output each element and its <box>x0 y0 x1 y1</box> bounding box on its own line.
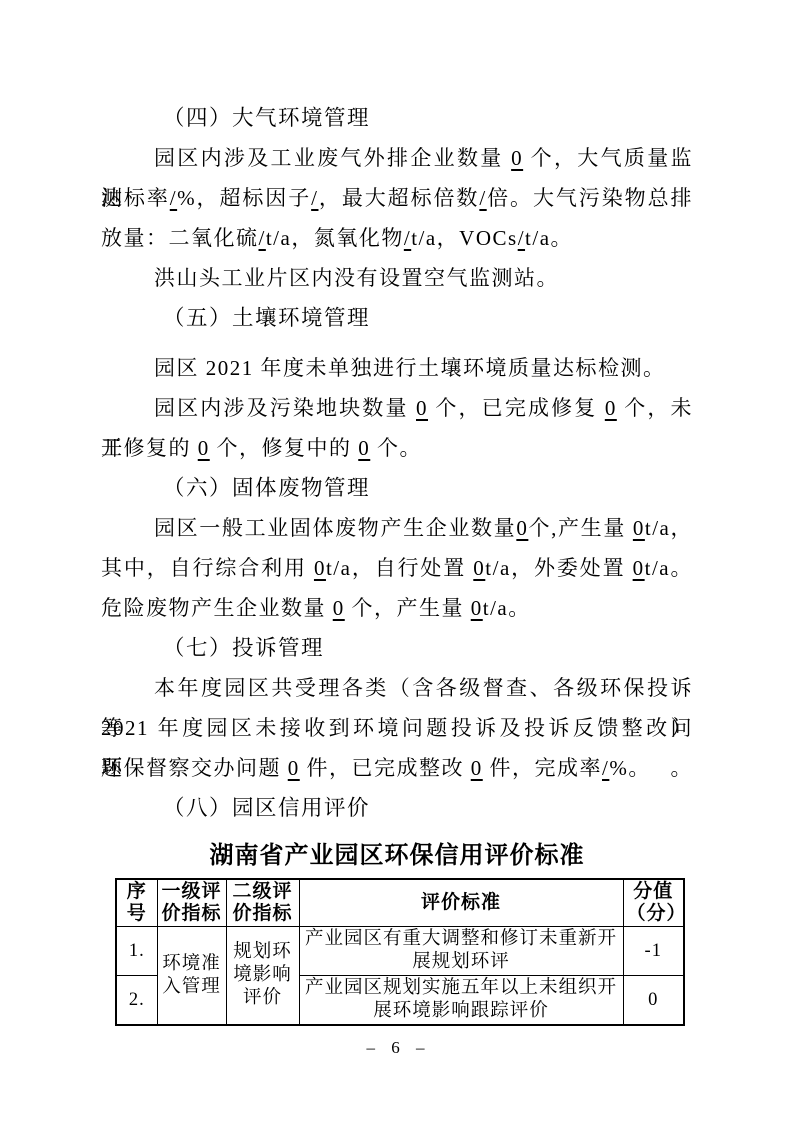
text-segment: t/a，VOCs <box>411 226 518 250</box>
text-segment: （八）园区信用评价 <box>163 796 370 820</box>
text-segment: 个。 <box>370 436 422 460</box>
text-segment: （七）投诉管理 <box>163 636 324 660</box>
text-segment: 件，已完成整改 <box>300 756 471 780</box>
body-line: 园区 2021 年度未单独进行土壤环境质量达标检测。 <box>101 348 693 388</box>
blank-value: 0 <box>288 756 300 780</box>
text-segment: 园区一般工业固体废物产生企业数量 <box>154 516 516 540</box>
table-row: 1. 环境准入管理 规划环境影响评价 产业园区有重大调整和修订未重新开展规划环评… <box>116 927 684 976</box>
text-segment: 工修复的 <box>101 436 198 460</box>
table-cell-level2: 规划环境影响评价 <box>226 927 299 1026</box>
body-line: 2021 年度园区未接收到环境问题投诉及投诉反馈整改问题。 <box>101 708 693 748</box>
blank-value: 0 <box>633 516 645 540</box>
blank-value: 0 <box>516 516 528 540</box>
table-header-row: 序号 一级评价指标 二级评价指标 评价标准 分值（分） <box>116 879 684 927</box>
text-segment: （四）大气环境管理 <box>163 106 370 130</box>
table-cell-no: 1. <box>116 927 157 976</box>
table-header-cell-score: 分值（分） <box>623 879 684 927</box>
blank-value: 0 <box>198 436 210 460</box>
text-segment: （六）固体废物管理 <box>163 476 370 500</box>
document-body: （四）大气环境管理 园区内涉及工业废气外排企业数量 0 个，大气质量监测 达标率… <box>101 98 693 878</box>
text-segment: 件，完成率 <box>483 756 602 780</box>
text-segment: 达标率 <box>101 186 170 210</box>
text-segment: 个，修复中的 <box>210 436 359 460</box>
credit-evaluation-table: 序号 一级评价指标 二级评价指标 评价标准 分值（分） 1. 环境准入管理 规划… <box>115 878 685 1026</box>
blank-value: / <box>479 186 486 210</box>
table-header-cell-level2: 二级评价指标 <box>226 879 299 927</box>
blank-value: 0 <box>605 396 617 420</box>
text-segment: t/a，外委处置 <box>485 556 632 580</box>
blank-value: 0 <box>416 396 428 420</box>
table-cell-no: 2. <box>116 976 157 1026</box>
page-number: – 6 – <box>0 1038 793 1058</box>
document-page: （四）大气环境管理 园区内涉及工业废气外排企业数量 0 个，大气质量监测 达标率… <box>0 0 793 1122</box>
blank-value: / <box>170 186 177 210</box>
section-heading-8: （八）园区信用评价 <box>101 788 693 828</box>
text-segment: 危险废物产生企业数量 <box>101 596 333 620</box>
body-line: 园区内涉及污染地块数量 0 个，已完成修复 0 个，未开 <box>101 388 693 428</box>
section-heading-4: （四）大气环境管理 <box>101 98 693 138</box>
text-segment: t/a。 <box>525 226 573 250</box>
text-segment: t/a。 <box>645 556 693 580</box>
text-segment: %，超标因子 <box>177 186 311 210</box>
text-segment: t/a， <box>645 516 693 540</box>
text-segment: 个,产生量 <box>528 516 633 540</box>
body-line: 园区内涉及工业废气外排企业数量 0 个，大气质量监测 <box>101 138 693 178</box>
body-line: 园区一般工业固体废物产生企业数量0个,产生量 0t/a， <box>101 508 693 548</box>
table-cell-criteria: 产业园区规划实施五年以上未组织开展环境影响跟踪评价 <box>299 976 623 1026</box>
blank-value: 0 <box>473 556 485 580</box>
body-line: 环保督察交办问题 0 件，已完成整改 0 件，完成率/%。 <box>101 748 693 788</box>
body-line: 达标率/%，超标因子/，最大超标倍数/倍。大气污染物总排 <box>101 178 693 218</box>
body-line: 其中，自行综合利用 0t/a，自行处置 0t/a，外委处置 0t/a。 <box>101 548 693 588</box>
text-segment: （五）土壤环境管理 <box>163 306 370 330</box>
text-segment: 放量：二氧化硫 <box>101 226 259 250</box>
body-line: 洪山头工业片区内没有设置空气监测站。 <box>101 258 693 298</box>
text-segment: 其中，自行综合利用 <box>101 556 314 580</box>
text-segment: t/a。 <box>483 596 531 620</box>
text-segment: 环保督察交办问题 <box>101 756 288 780</box>
blank-value: 0 <box>633 556 645 580</box>
blank-value: 0 <box>471 596 483 620</box>
body-line: 危险废物产生企业数量 0 个，产生量 0t/a。 <box>101 588 693 628</box>
text-segment: t/a，自行处置 <box>326 556 473 580</box>
text-segment: %。 <box>609 756 651 780</box>
body-line: 工修复的 0 个，修复中的 0 个。 <box>101 428 693 468</box>
table-header-cell-no: 序号 <box>116 879 157 927</box>
text-segment: t/a，氮氧化物 <box>266 226 404 250</box>
blank-value: 0 <box>471 756 483 780</box>
text-segment: ，最大超标倍数 <box>318 186 479 210</box>
body-line: 放量：二氧化硫/t/a，氮氧化物/t/a，VOCs/t/a。 <box>101 218 693 258</box>
table-cell-level1: 环境准入管理 <box>157 927 226 1026</box>
section-heading-7: （七）投诉管理 <box>101 628 693 668</box>
table-header-cell-level1: 一级评价指标 <box>157 879 226 927</box>
table-title: 湖南省产业园区环保信用评价标准 <box>101 834 693 878</box>
section-heading-6: （六）固体废物管理 <box>101 468 693 508</box>
text-segment: 倍。大气污染物总排 <box>487 186 693 210</box>
blank-value: / <box>518 226 525 250</box>
text-segment: 园区内涉及工业废气外排企业数量 <box>154 146 511 170</box>
blank-value: 0 <box>333 596 345 620</box>
text-segment: 园区内涉及污染地块数量 <box>154 396 416 420</box>
table-cell-score: -1 <box>623 927 684 976</box>
text-segment: 园区 2021 年度未单独进行土壤环境质量达标检测。 <box>154 356 666 380</box>
blank-value: 0 <box>511 146 523 170</box>
text-segment: 个，产生量 <box>345 596 471 620</box>
text-segment: 个，已完成修复 <box>428 396 605 420</box>
blank-value: / <box>259 226 266 250</box>
text-segment: 洪山头工业片区内没有设置空气监测站。 <box>154 266 559 290</box>
table-cell-criteria: 产业园区有重大调整和修订未重新开展规划环评 <box>299 927 623 976</box>
blank-value: 0 <box>358 436 370 460</box>
section-heading-5: （五）土壤环境管理 <box>101 298 693 338</box>
body-line: 本年度园区共受理各类（含各级督查、各级环保投诉等） <box>101 668 693 708</box>
table-header-cell-criteria: 评价标准 <box>299 879 623 927</box>
blank-value: 0 <box>314 556 326 580</box>
table-cell-score: 0 <box>623 976 684 1026</box>
